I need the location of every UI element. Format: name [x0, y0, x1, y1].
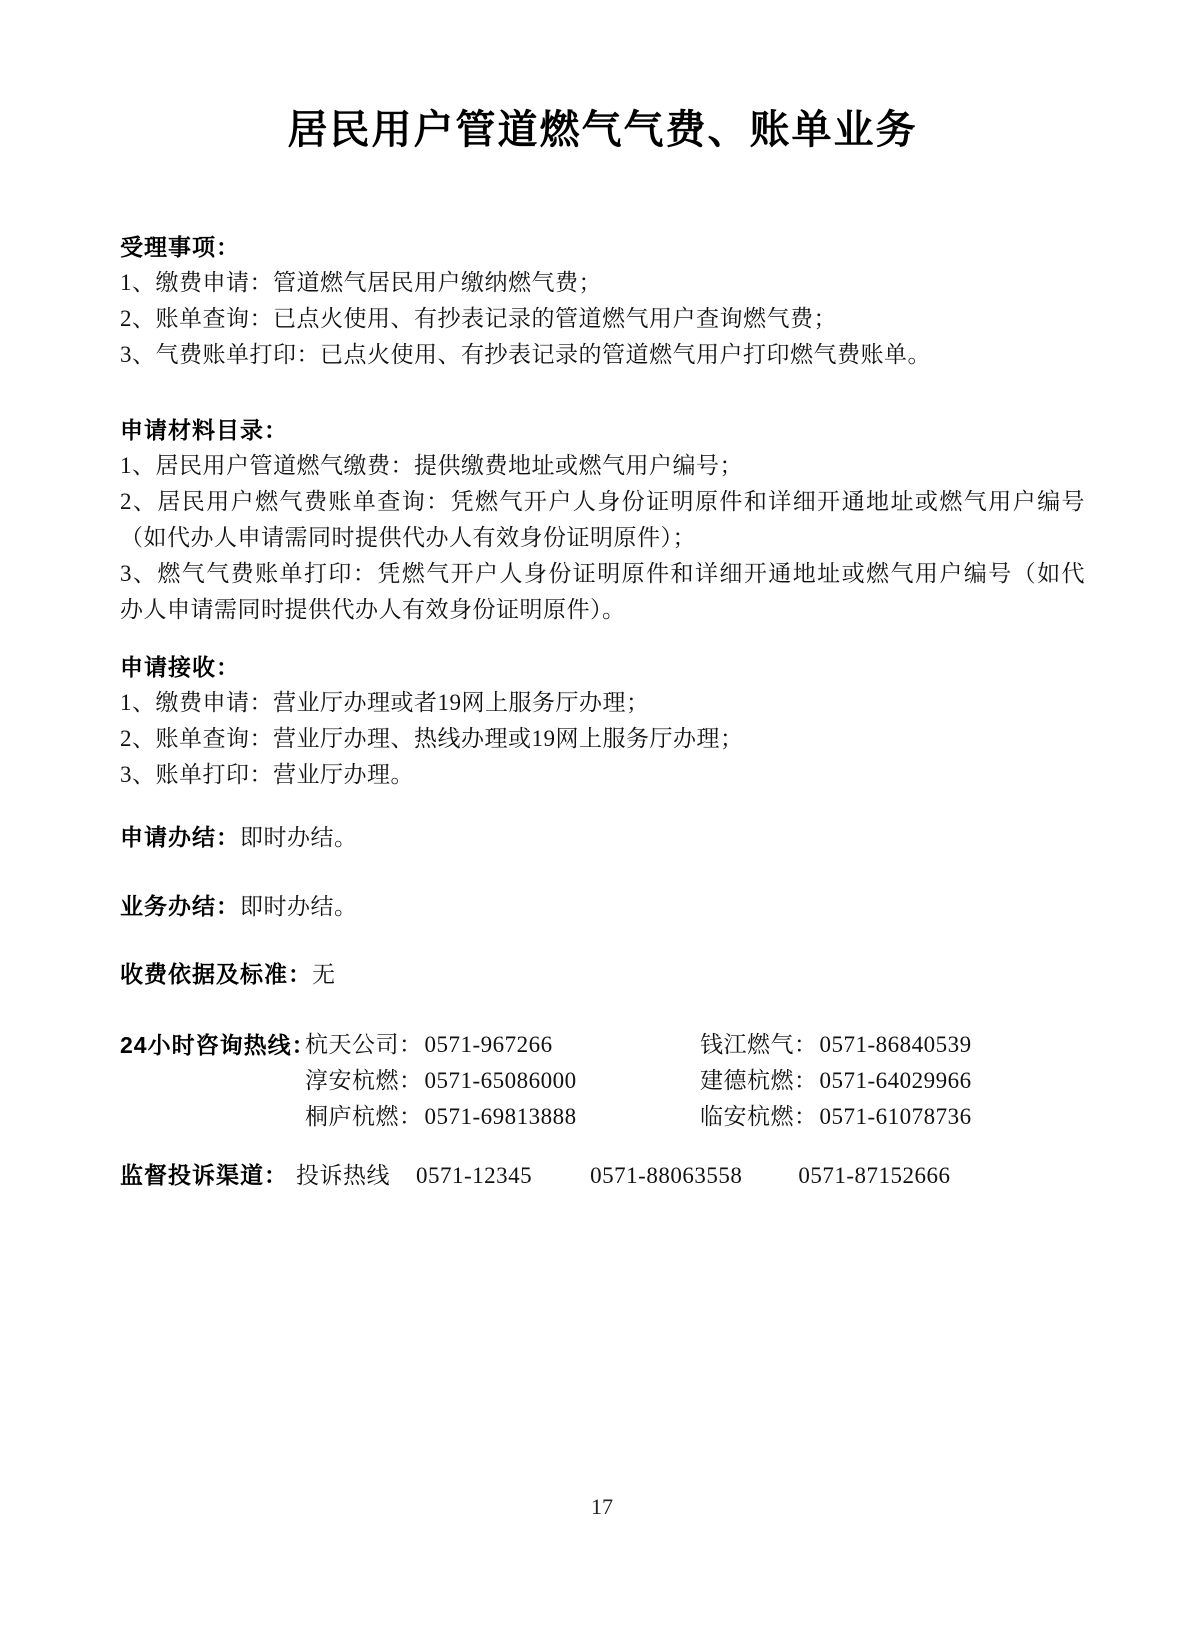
company-name: 杭天公司： [305, 1032, 423, 1057]
section-heading: 监督投诉渠道： [120, 1162, 288, 1188]
section-heading: 申请接收： [120, 649, 1085, 685]
list-item: 3、燃气气费账单打印：凭燃气开户人身份证明原件和详细开通地址或燃气用户编号（如代 [120, 556, 1085, 592]
list-item: 1、缴费申请：管道燃气居民用户缴纳燃气费； [120, 265, 1085, 301]
section-24h-hotline: 24小时咨询热线： 杭天公司：0571-967266 钱江燃气：0571-868… [120, 1027, 1085, 1135]
hotline-table: 24小时咨询热线： 杭天公司：0571-967266 钱江燃气：0571-868… [120, 1027, 1085, 1135]
list-item-continuation: （如代办人申请需同时提供代办人有效身份证明原件）； [120, 520, 1085, 556]
phone-number: 0571-64029966 [820, 1068, 972, 1093]
section-heading: 申请材料目录： [120, 412, 1085, 448]
hotline-entry: 临安杭燃：0571-61078736 [700, 1099, 1085, 1135]
section-application-receive: 申请接收： 1、缴费申请：营业厅办理或者19网上服务厅办理； 2、账单查询：营业… [120, 649, 1085, 793]
phone-number: 0571-88063558 [590, 1163, 742, 1188]
section-fee-standard: 收费依据及标准：无 [120, 956, 1085, 993]
company-name: 淳安杭燃： [305, 1068, 423, 1093]
company-name: 临安杭燃： [700, 1104, 818, 1129]
phone-number: 0571-86840539 [820, 1032, 972, 1057]
section-accepted-matters: 受理事项： 1、缴费申请：管道燃气居民用户缴纳燃气费； 2、账单查询：已点火使用… [120, 229, 1085, 373]
spacer [120, 1099, 305, 1135]
company-name: 钱江燃气： [700, 1032, 818, 1057]
section-text: 无 [312, 962, 336, 987]
list-item: 3、气费账单打印：已点火使用、有抄表记录的管道燃气用户打印燃气费账单。 [120, 337, 1085, 373]
section-complaint-channel: 监督投诉渠道：投诉热线0571-123450571-880635580571-8… [120, 1157, 1085, 1194]
section-text: 即时办结。 [240, 825, 358, 850]
phone-number: 0571-69813888 [425, 1104, 577, 1129]
list-item: 3、账单打印：营业厅办理。 [120, 757, 1085, 793]
section-application-materials: 申请材料目录： 1、居民用户管道燃气缴费：提供缴费地址或燃气用户编号； 2、居民… [120, 412, 1085, 628]
list-item: 1、缴费申请：营业厅办理或者19网上服务厅办理； [120, 685, 1085, 721]
section-heading: 收费依据及标准： [120, 961, 312, 987]
hotline-entry: 淳安杭燃：0571-65086000 [305, 1063, 700, 1099]
phone-number: 0571-967266 [425, 1032, 553, 1057]
page-title: 居民用户管道燃气气费、账单业务 [120, 104, 1085, 156]
company-name: 建德杭燃： [700, 1068, 818, 1093]
section-application-completion: 申请办结：即时办结。 [120, 819, 1085, 856]
hotline-entry: 钱江燃气：0571-86840539 [700, 1027, 1085, 1063]
phone-number: 0571-65086000 [425, 1068, 577, 1093]
section-business-completion: 业务办结：即时办结。 [120, 888, 1085, 925]
section-heading: 受理事项： [120, 229, 1085, 265]
document-page: 居民用户管道燃气气费、账单业务 受理事项： 1、缴费申请：管道燃气居民用户缴纳燃… [0, 0, 1204, 1647]
section-heading: 24小时咨询热线： [120, 1027, 305, 1063]
hotline-entry: 建德杭燃：0571-64029966 [700, 1063, 1085, 1099]
hotline-entry: 杭天公司：0571-967266 [305, 1027, 700, 1063]
list-item: 2、居民用户燃气费账单查询：凭燃气开户人身份证明原件和详细开通地址或燃气用户编号 [120, 484, 1085, 520]
phone-number: 0571-12345 [416, 1163, 532, 1188]
list-item: 2、账单查询：营业厅办理、热线办理或19网上服务厅办理； [120, 721, 1085, 757]
section-heading: 业务办结： [120, 893, 240, 919]
section-text: 即时办结。 [240, 894, 358, 919]
phone-number: 0571-87152666 [798, 1163, 950, 1188]
list-item-continuation: 办人申请需同时提供代办人有效身份证明原件）。 [120, 592, 1085, 628]
phone-number: 0571-61078736 [820, 1104, 972, 1129]
list-item: 1、居民用户管道燃气缴费：提供缴费地址或燃气用户编号； [120, 448, 1085, 484]
page-number: 17 [0, 1492, 1204, 1522]
spacer [120, 1063, 305, 1099]
list-item: 2、账单查询：已点火使用、有抄表记录的管道燃气用户查询燃气费； [120, 301, 1085, 337]
company-name: 桐庐杭燃： [305, 1104, 423, 1129]
complaint-hotline-label: 投诉热线 [296, 1163, 390, 1188]
hotline-entry: 桐庐杭燃：0571-69813888 [305, 1099, 700, 1135]
section-heading: 申请办结： [120, 824, 240, 850]
